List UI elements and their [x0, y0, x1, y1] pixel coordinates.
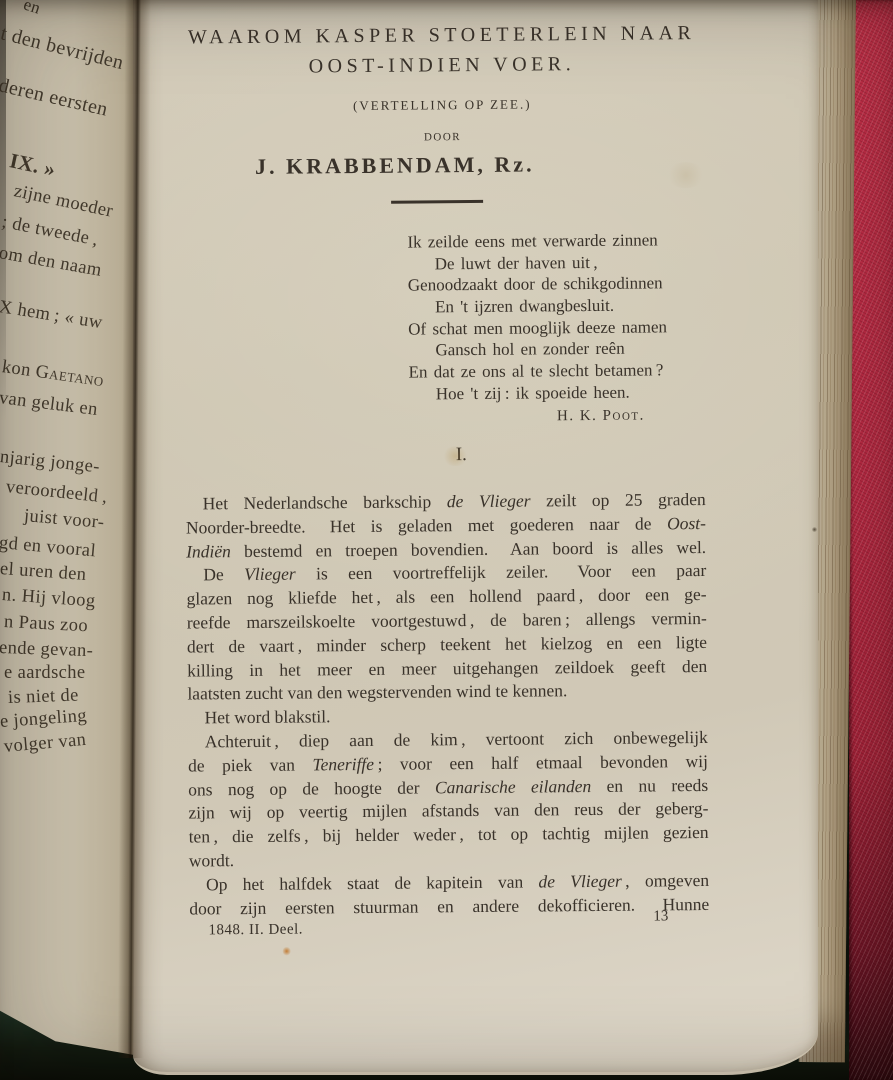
stain-mark: [812, 527, 817, 532]
poem-line: Ik zeilde eens met verwarde zinnen: [407, 230, 666, 254]
left-page-text-fragment: e jongeling: [0, 706, 88, 733]
footer-volume: 1848. II. Deel.: [208, 922, 303, 940]
left-page-text-fragment: el uren den: [0, 559, 87, 586]
left-page-text-fragment: gd en vooral: [0, 533, 97, 562]
body-line: door zijn eersten stuurman en andere dek…: [189, 894, 709, 922]
poem-line: Hoe 't zij : ik spoeide heen.: [436, 382, 668, 406]
main-page: WAAROM KASPER STOETERLEIN NAAR OOST-INDI…: [133, 0, 818, 1075]
page-text-layer: WAAROM KASPER STOETERLEIN NAAR OOST-INDI…: [128, 0, 822, 1075]
left-page-text-fragment: ende gevan-: [0, 638, 94, 662]
left-page-text-fragment: juist voor-: [23, 506, 105, 534]
author-name: J. KRABBENDAM, Rz.: [135, 150, 655, 181]
body-text: Het Nederlandsche barkschip de Vlieger z…: [186, 489, 710, 922]
book-cover-red: [849, 0, 893, 1080]
left-page-text-fragment: kon Gaetano: [1, 357, 105, 392]
left-page-text-fragment: volger van: [3, 730, 87, 758]
story-subtitle: (VERTELLING OP ZEE.): [182, 95, 702, 116]
divider-rule: [183, 198, 703, 205]
left-page-text-fragment: en: [21, 0, 43, 19]
left-page-text-fragment: veroordeeld ,: [5, 477, 109, 509]
left-page-text-fragment: n. Hij vloog: [1, 585, 96, 612]
footer-page-number: 13: [653, 908, 668, 925]
poem-line: En dat ze ons al te slecht betamen ?: [409, 360, 668, 384]
poem-line: Of schat men mooglijk deeze namen: [408, 317, 667, 341]
poem-attribution: H. K. Poot.: [557, 408, 645, 426]
stain-mark: [666, 162, 706, 188]
poem-line: Gansch hol en zonder reên: [435, 339, 667, 363]
story-title-line1: WAAROM KASPER STOETERLEIN NAAR: [182, 22, 702, 50]
left-page-text-fragment: IX. »: [7, 148, 58, 182]
story-title-line2: OOST-INDIEN VOER.: [182, 52, 702, 80]
byline-label: DOOR: [183, 129, 703, 146]
left-page-text-fragment: t den bevrijden: [0, 22, 126, 75]
left-page-text-fragment: X hem ; « uw: [0, 297, 104, 334]
left-page-text-fragment: deren eersten: [0, 74, 110, 121]
epigraph-poem: Ik zeilde eens met verwarde zinnenDe luw…: [407, 230, 667, 406]
left-page-text-fragment: e aardsche: [4, 663, 86, 684]
poem-line: Genoodzaakt door de schikgodinnen: [408, 274, 667, 298]
left-page-text-fragment: n Paus zoo: [3, 612, 88, 637]
stain-mark: [283, 947, 291, 956]
poem-line: De luwt der haven uit ,: [435, 252, 667, 276]
left-page-text-fragment: van geluk en: [0, 388, 99, 421]
left-page-text-fragment: njarig jonge-: [0, 447, 101, 478]
left-page-text-fragment: is niet de: [8, 686, 79, 709]
chapter-heading: I.: [201, 442, 721, 469]
book-photo: ent den bevrijdenderen eerstenIX. »zijne…: [0, 0, 893, 1080]
poem-line: En 't ijzren dwangbesluit.: [435, 295, 667, 319]
